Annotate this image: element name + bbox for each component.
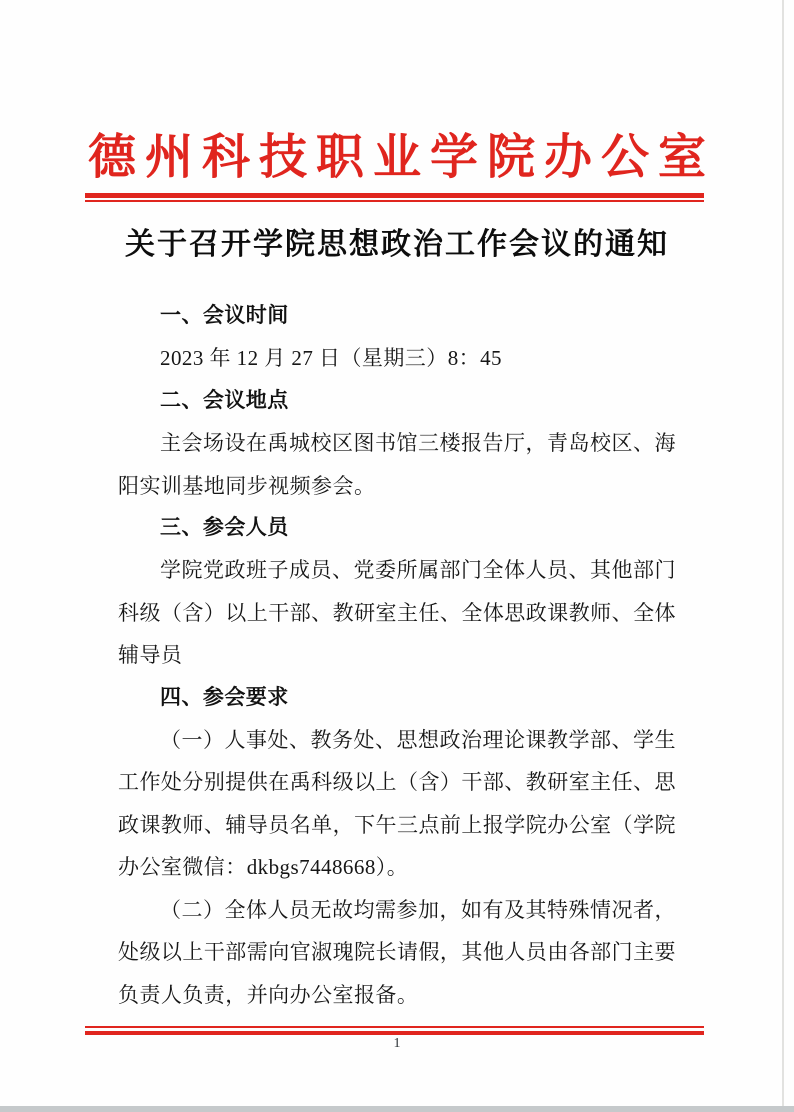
section-4-paragraph-1: （一）人事处、教务处、思想政治理论课教学部、学生工作处分别提供在禹科级以上（含）… — [118, 719, 676, 889]
letterhead-title: 德州科技职业学院办公室 — [0, 118, 794, 187]
section-3-paragraph-1: 学院党政班子成员、党委所属部门全体人员、其他部门科级（含）以上干部、教研室主任、… — [118, 549, 676, 676]
footer-divider-thick-line — [85, 1031, 704, 1036]
section-heading-4: 四、参会要求 — [118, 677, 676, 719]
footer-divider — [85, 1026, 704, 1035]
header-divider-thin-line — [85, 200, 704, 202]
section-heading-1: 一、会议时间 — [118, 295, 676, 337]
section-heading-3: 三、参会人员 — [118, 507, 676, 549]
section-heading-2: 二、会议地点 — [118, 380, 676, 422]
scan-edge-artifact-right — [782, 0, 784, 1112]
page-number: 1 — [0, 1036, 794, 1052]
document-body: 一、会议时间2023 年 12 月 27 日（星期三）8：45二、会议地点主会场… — [118, 295, 676, 1016]
document-page: 德州科技职业学院办公室 关于召开学院思想政治工作会议的通知 一、会议时间2023… — [0, 0, 794, 1112]
section-4-paragraph-2: （二）全体人员无故均需参加，如有及其特殊情况者，处级以上干部需向官淑瑰院长请假，… — [118, 889, 676, 1016]
document-title: 关于召开学院思想政治工作会议的通知 — [0, 219, 794, 263]
scan-edge-artifact-bottom — [0, 1106, 794, 1112]
header-divider — [85, 193, 704, 202]
section-1-paragraph-1: 2023 年 12 月 27 日（星期三）8：45 — [118, 337, 676, 379]
section-2-paragraph-1: 主会场设在禹城校区图书馆三楼报告厅，青岛校区、海阳实训基地同步视频参会。 — [118, 422, 676, 507]
